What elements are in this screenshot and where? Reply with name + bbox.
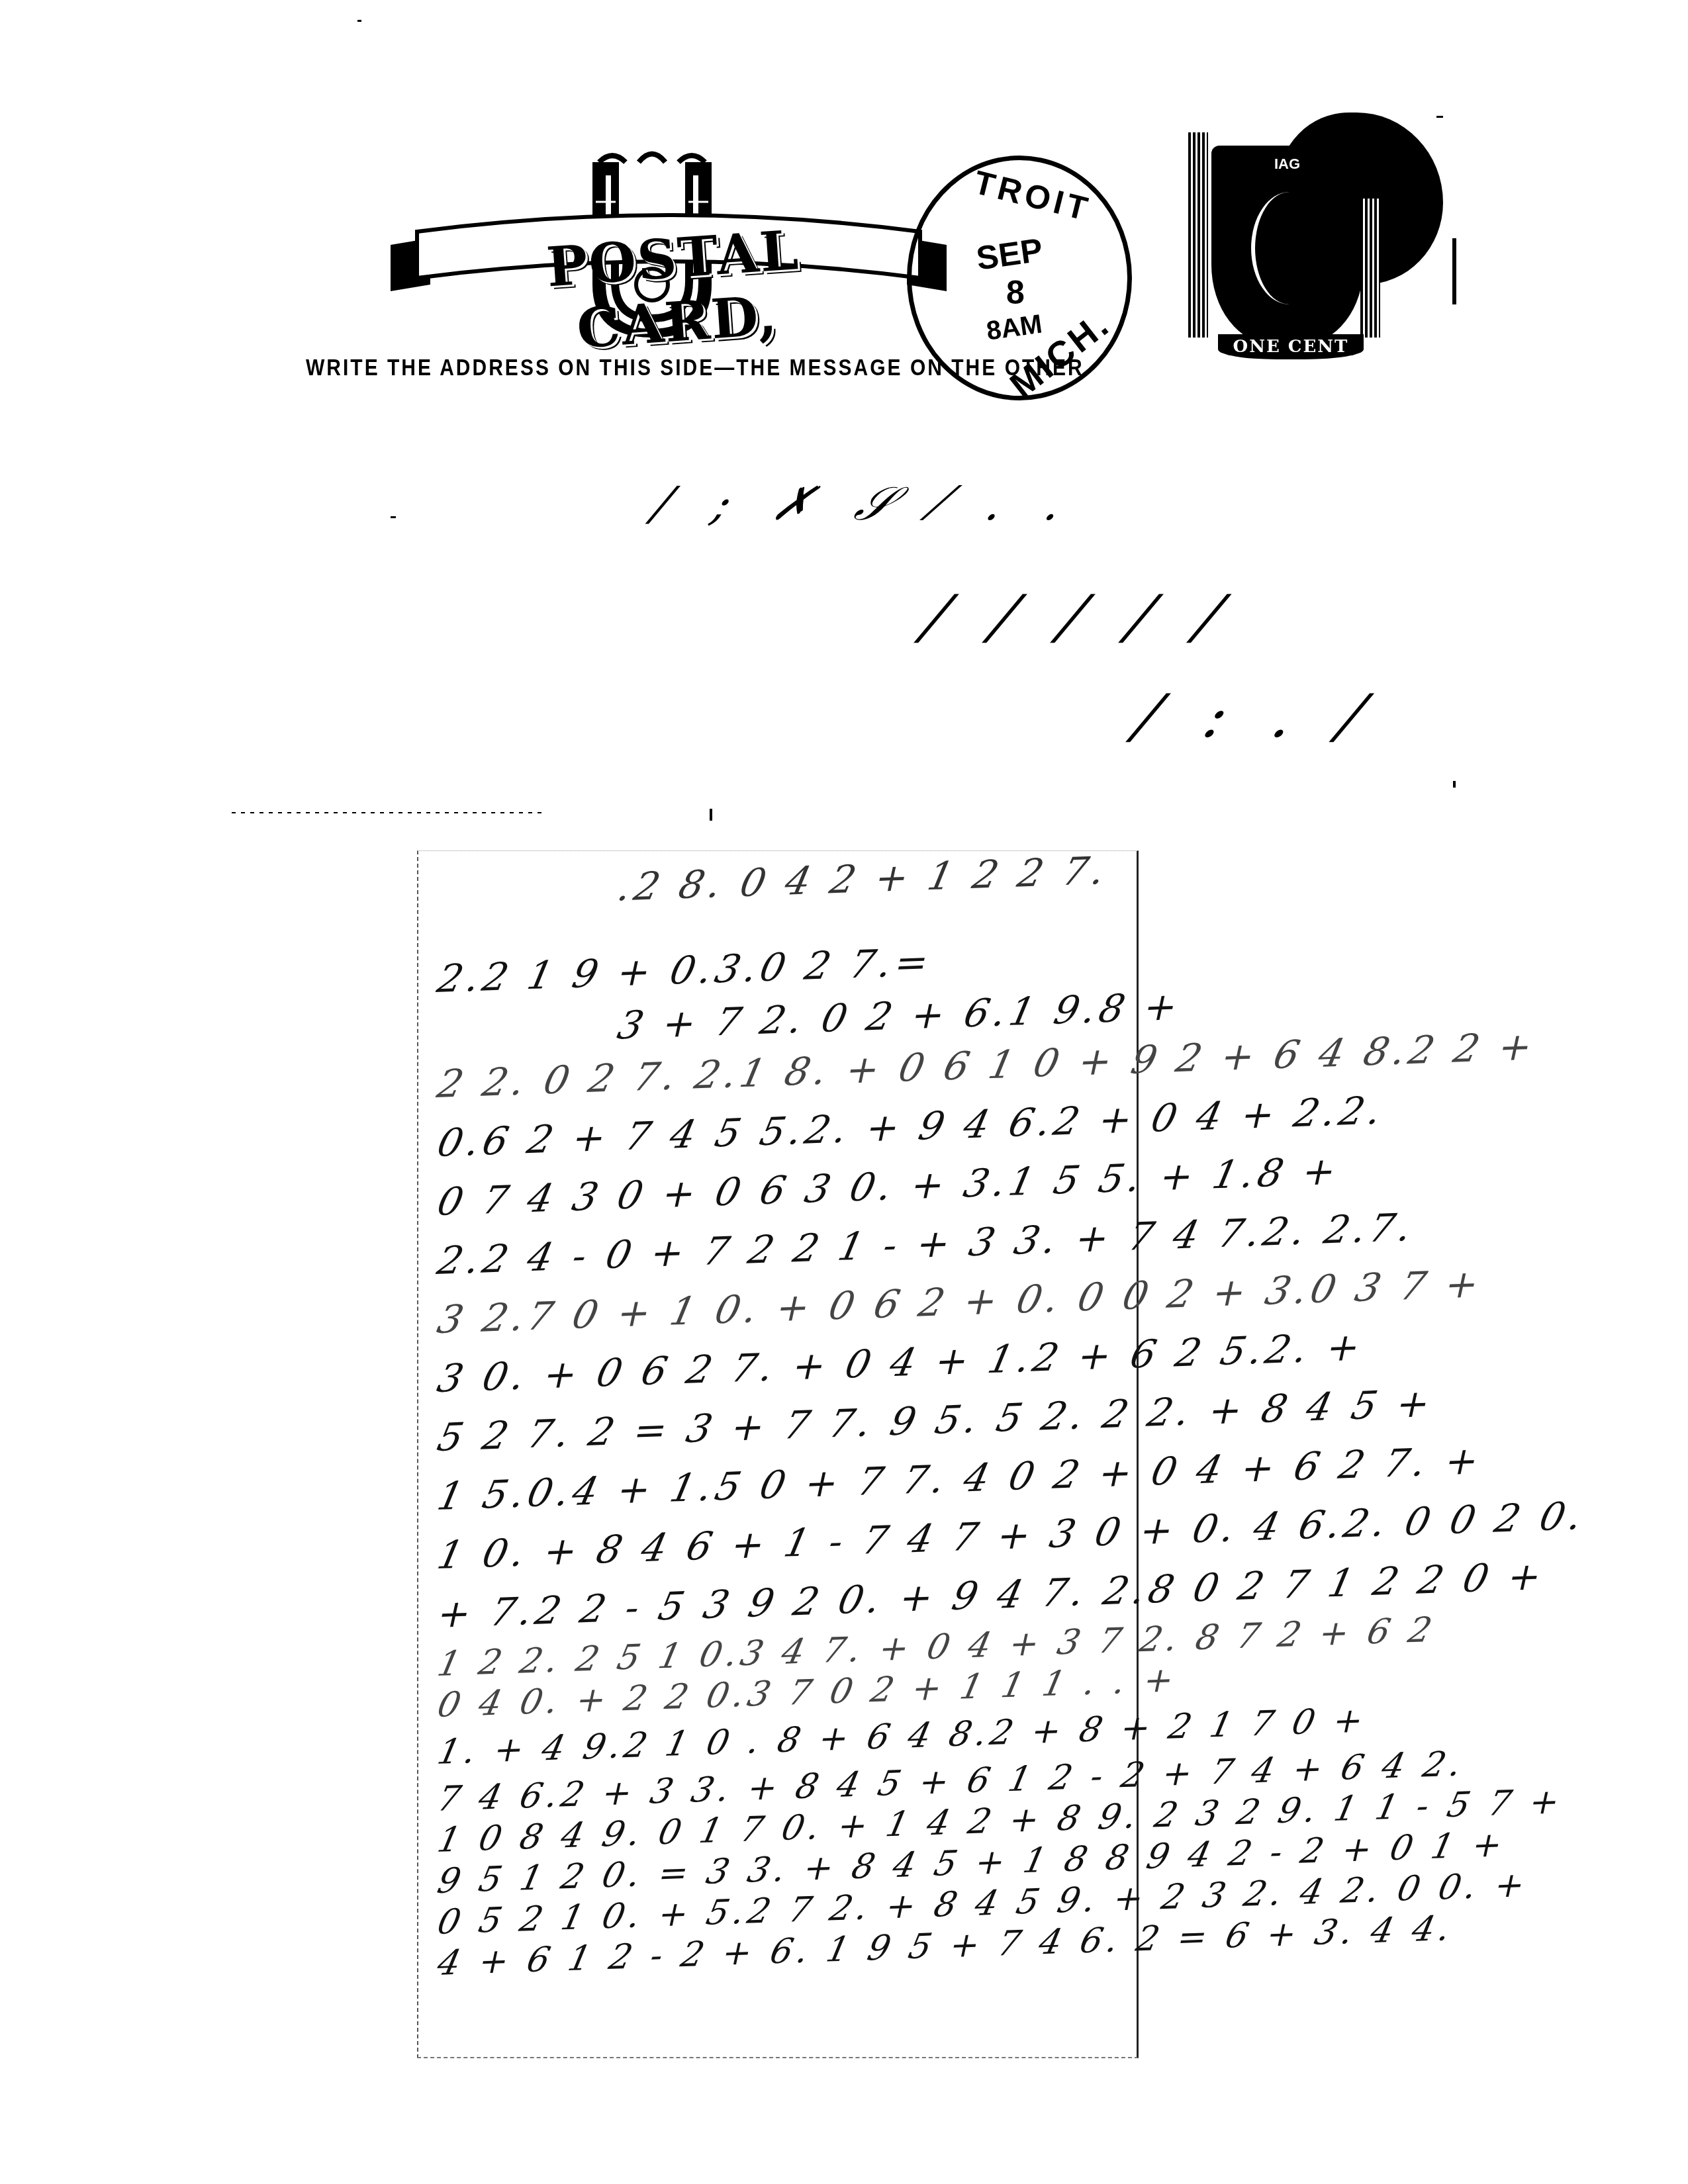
profile-outline-icon [1251,192,1328,304]
postmark: TROIT SEP 8 8AM MICH. [907,156,1145,407]
fasces-icon [1188,132,1208,338]
one-cent-stamp: IAG ONE CENT [1152,106,1456,371]
scan-speck [1436,116,1443,118]
address-line-street: / / / / / [915,582,1245,652]
fasces-icon [1360,199,1380,338]
message-slip: .2 8. 0 4 2 + 1 2 2 7. 2.2 1 9 + 0.3.0 2… [417,850,1139,2058]
stamp-edge-mark [1452,238,1456,304]
slip-top-rule [232,812,543,813]
scan-speck [1453,781,1456,788]
stamp-value: ONE CENT [1218,334,1364,359]
slip-top-mark [710,809,712,821]
scan-speck [357,20,361,22]
address-line-city: / : . / [1127,682,1388,751]
address-line-name: / ; ✗ 𝒮 ⁄ . . [647,477,1086,531]
message-heading: .2 8. 0 4 2 + 1 2 2 7. [432,840,1149,923]
postmark-day: 8 [1006,273,1025,312]
message-lines: .2 8. 0 4 2 + 1 2 2 7. 2.2 1 9 + 0.3.0 2… [438,864,1137,1984]
postal-card-header: POSTAL CARD, [391,149,986,341]
scan-speck [391,516,396,518]
stamp-top-text: IAG [1274,156,1300,173]
